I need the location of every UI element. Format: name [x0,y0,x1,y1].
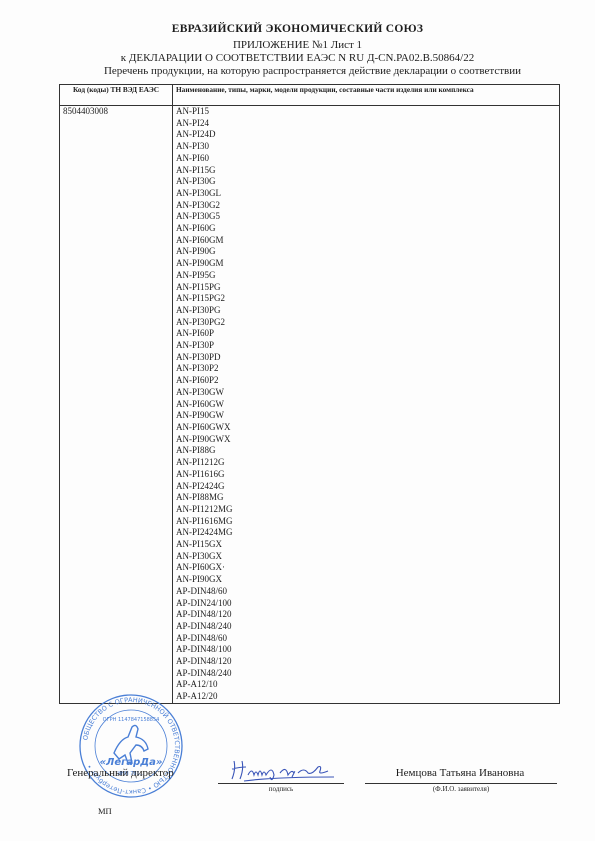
list-item: AP-DIN48/240 [176,621,556,633]
list-item: AN-PI30G2 [176,200,556,212]
list-item: AN-PI90GWX [176,434,556,446]
product-list-subtitle: Перечень продукции, на которую распростр… [30,65,595,77]
stamp-ogrn: ОГРН 1147847158854 [103,717,160,723]
appendix-title: ПРИЛОЖЕНИЕ №1 Лист 1 [0,39,595,51]
applicant-caption: (Ф.И.О. заявителя) [365,785,557,793]
union-title: ЕВРАЗИЙСКИЙ ЭКОНОМИЧЕСКИЙ СОЮЗ [0,23,595,35]
list-item: AP-DIN48/60 [176,633,556,645]
list-item: AN-PI90GM [176,258,556,270]
list-item: AN-PI30GX [176,551,556,563]
signature-line [218,783,344,784]
list-item: AN-PI15G [176,165,556,177]
list-item: AN-PI15PG2 [176,293,556,305]
table-header-row: Код (коды) ТН ВЭД ЕАЭС Наименование, тип… [60,85,560,106]
list-item: AN-PI60G [176,223,556,235]
list-item: AN-PI30P2 [176,363,556,375]
list-item: AN-PI2424G [176,481,556,493]
product-models-list: AN-PI15AN-PI24AN-PI24DAN-PI30AN-PI60AN-P… [173,106,560,704]
list-item: AN-PI90GW [176,410,556,422]
list-item: AP-A12/20 [176,691,556,703]
tn-ved-code: 8504403008 [60,106,173,704]
list-item: AN-PI30PG2 [176,317,556,329]
list-item: AP-DIN48/240 [176,668,556,680]
column-header-products: Наименование, типы, марки, модели продук… [173,85,560,106]
seal-label: МП [98,806,112,816]
list-item: AN-PI1212G [176,457,556,469]
list-item: AN-PI60GM [176,235,556,247]
declaration-number: к ДЕКЛАРАЦИИ О СООТВЕТСТВИИ ЕАЭС N RU Д-… [0,52,595,64]
list-item: AN-PI1616G [176,469,556,481]
list-item: AN-PI30GW [176,387,556,399]
list-item: AN-PI30PD [176,352,556,364]
list-item: AN-PI60GWX [176,422,556,434]
list-item: AP-DIN48/60 [176,586,556,598]
list-item: AN-PI30GL [176,188,556,200]
list-item: AN-PI30G5 [176,211,556,223]
list-item: AN-PI15PG [176,282,556,294]
list-item: AN-PI95G [176,270,556,282]
list-item: AN-PI2424MG [176,527,556,539]
signer-position: Генеральный директор [67,767,174,779]
stamp-ring-text: ОБЩЕСТВО С ОГРАНИЧЕННОЙ ОТВЕТСТВЕННОСТЬЮ… [81,696,181,796]
signature-caption: подпись [218,785,344,793]
list-item: AP-DIN48/120 [176,656,556,668]
list-item: AP-DIN48/100 [176,644,556,656]
list-item: AN-PI60P [176,328,556,340]
list-item: AP-DIN24/100 [176,598,556,610]
list-item: AN-PI24D [176,129,556,141]
list-item: AN-PI90G [176,246,556,258]
list-item: AN-PI30G [176,176,556,188]
list-item: AN-PI30PG [176,305,556,317]
list-item: AN-PI60 [176,153,556,165]
column-header-code: Код (коды) ТН ВЭД ЕАЭС [60,85,173,106]
applicant-name-line [365,783,557,784]
table-row: 8504403008 AN-PI15AN-PI24AN-PI24DAN-PI30… [60,106,560,704]
product-table: Код (коды) ТН ВЭД ЕАЭС Наименование, тип… [59,84,560,704]
list-item: AN-PI30P [176,340,556,352]
list-item: AP-A12/10 [176,679,556,691]
list-item: AN-PI1212MG [176,504,556,516]
list-item: AN-PI88MG [176,492,556,504]
list-item: AN-PI88G [176,445,556,457]
list-item: AN-PI60P2 [176,375,556,387]
list-item: AN-PI24 [176,118,556,130]
handwritten-signature [228,755,338,783]
list-item: AN-PI60GX· [176,562,556,574]
list-item: AN-PI30 [176,141,556,153]
list-item: AN-PI60GW [176,399,556,411]
list-item: AP-DIN48/120 [176,609,556,621]
list-item: AN-PI90GX [176,574,556,586]
applicant-name: Немцова Татьяна Ивановна [370,767,550,779]
list-item: AN-PI15GX [176,539,556,551]
list-item: AN-PI15 [176,106,556,118]
company-stamp: ОБЩЕСТВО С ОГРАНИЧЕННОЙ ОТВЕТСТВЕННОСТЬЮ… [78,693,184,799]
list-item: AN-PI1616MG [176,516,556,528]
